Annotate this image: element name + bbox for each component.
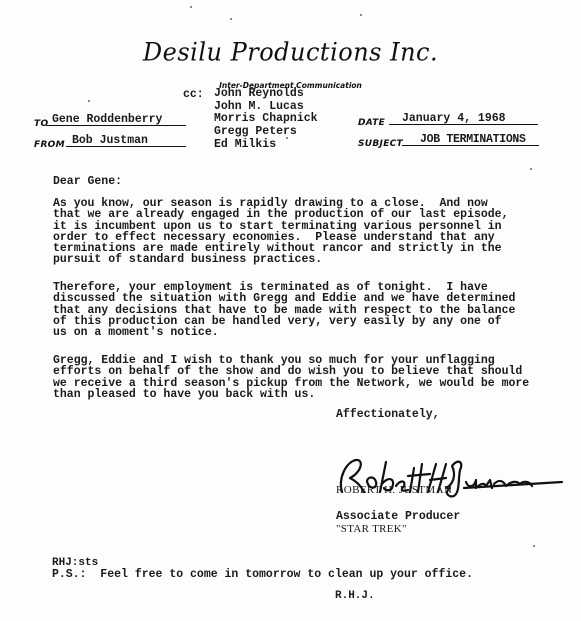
to-field: Gene Roddenberry (46, 113, 186, 126)
scan-speck (190, 6, 192, 8)
cc-recipient-list: John Reynolds John M. Lucas Morris Chapn… (214, 88, 318, 152)
cc-label: cc: (183, 88, 204, 101)
scan-speck (230, 18, 232, 20)
body-paragraph: Therefore, your employment is terminated… (53, 282, 563, 338)
from-field: Bob Justman (66, 134, 186, 147)
salutation: Dear Gene: (53, 176, 563, 187)
subject-field: JOB TERMINATIONS (402, 133, 539, 146)
cc-recipient: Gregg Peters (214, 126, 318, 139)
signature-title: Associate Producer (336, 511, 460, 523)
signature-name: ROBERT H. JUSTMAN (336, 484, 452, 496)
signature-show: "STAR TREK" (336, 523, 407, 535)
body-paragraph: Gregg, Eddie and I wish to thank you so … (53, 355, 563, 400)
date-field: January 4, 1968 (389, 112, 538, 125)
cc-recipient: John Reynolds (214, 88, 318, 101)
postscript: P.S.: Feel free to come in tomorrow to c… (52, 568, 473, 581)
cc-recipient: Ed Milkis (214, 139, 318, 152)
scan-speck (530, 168, 532, 170)
subject-label: SUBJECT (358, 139, 403, 149)
scan-speck (360, 14, 362, 16)
date-label: DATE (358, 118, 385, 128)
closing: Affectionately, (336, 408, 440, 421)
scan-speck (533, 545, 535, 547)
from-label: FROM (34, 140, 65, 150)
body-paragraph: As you know, our season is rapidly drawi… (53, 198, 563, 266)
scan-speck (286, 137, 288, 139)
memo-page: Desilu Productions Inc. Inter-Department… (0, 0, 581, 621)
postscript-initials: R.H.J. (335, 590, 375, 602)
company-letterhead: Desilu Productions Inc. (0, 37, 581, 66)
scan-speck (88, 100, 90, 102)
